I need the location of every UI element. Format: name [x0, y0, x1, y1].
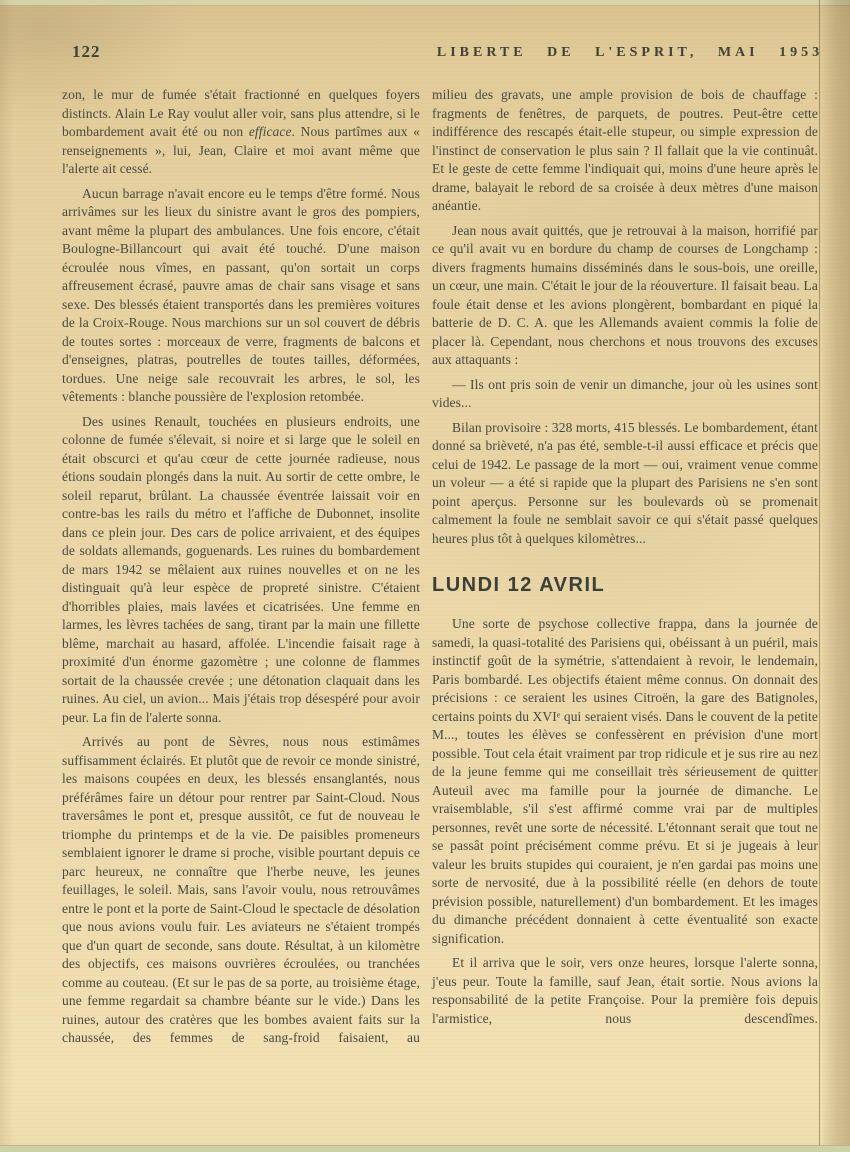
body-paragraph: Jean nous avait quittés, que je retrouva…	[432, 222, 818, 370]
italic-word: efficace	[249, 124, 292, 139]
dialogue-paragraph: — Ils ont pris soin de venir un dimanche…	[432, 376, 818, 413]
body-paragraph: Aucun barrage n'avait encore eu le temps…	[62, 185, 420, 407]
page-number: 122	[72, 42, 101, 62]
body-paragraph: Bilan provisoire : 328 morts, 415 blessé…	[432, 419, 818, 549]
body-paragraph-continuation: milieu des gravats, une ample provision …	[432, 86, 818, 216]
body-paragraph: Arrivés au pont de Sèvres, nous nous est…	[62, 733, 420, 1048]
right-text-column: milieu des gravats, une ample provision …	[432, 86, 818, 1034]
page-bottom-edge	[0, 1145, 850, 1152]
journal-running-title: LIBERTE DE L'ESPRIT, MAI 1953	[420, 45, 840, 61]
page-top-edge	[0, 0, 850, 6]
left-text-column: zon, le mur de fumée s'était fractionné …	[62, 86, 420, 1054]
body-paragraph-continuation: zon, le mur de fumée s'était fractionné …	[62, 86, 420, 179]
body-paragraph: Et il arriva que le soir, vers onze heur…	[432, 954, 818, 1028]
body-paragraph: Des usines Renault, touchées en plusieur…	[62, 413, 420, 728]
page-left-edge-shadow	[0, 0, 14, 1152]
page-gutter-shadow	[819, 0, 850, 1152]
section-heading-lundi-12-avril: LUNDI 12 AVRIL	[432, 574, 818, 597]
body-paragraph: Une sorte de psychose collective frappa,…	[432, 615, 818, 948]
